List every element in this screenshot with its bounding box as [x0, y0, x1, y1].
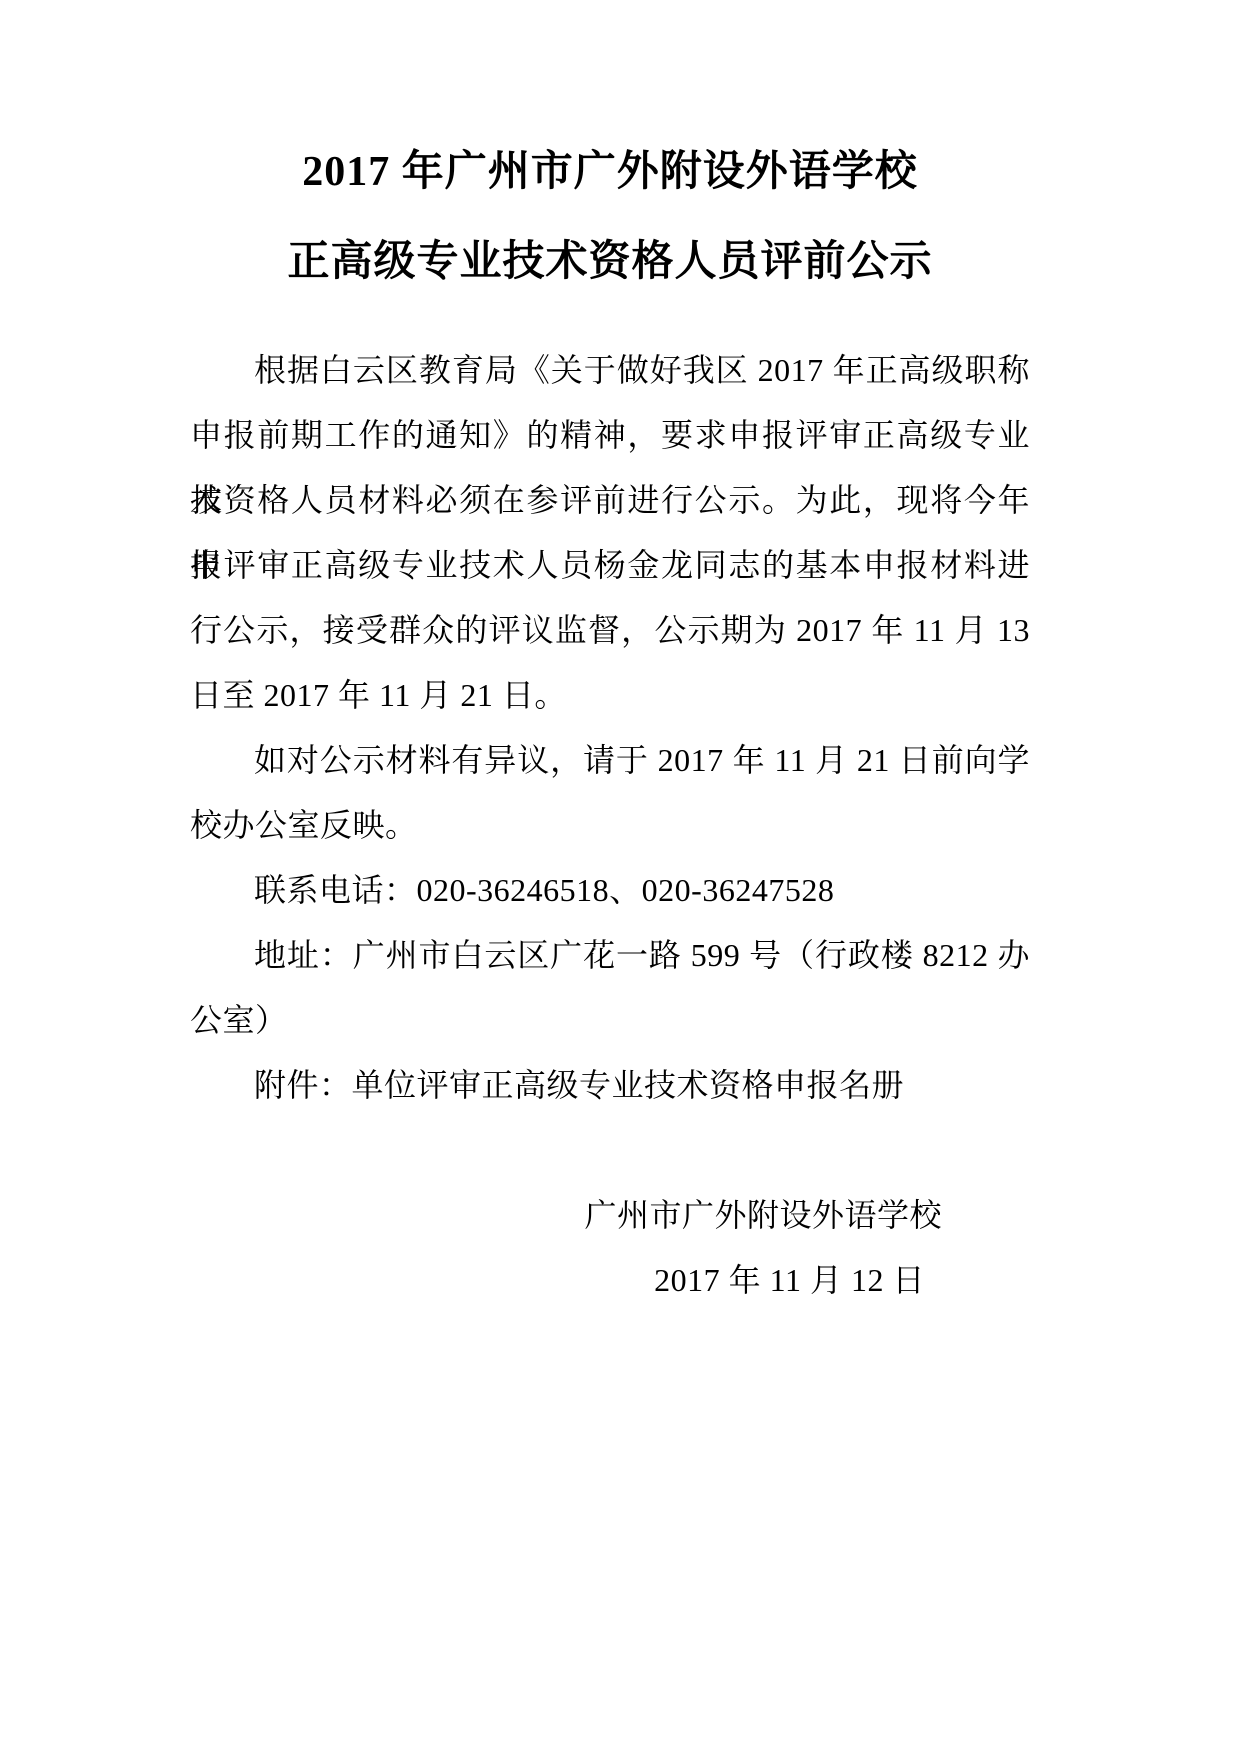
- document-page: 2017 年广州市广外附设外语学校 正高级专业技术资格人员评前公示 根据白云区教…: [0, 0, 1240, 1753]
- signature-date: 2017 年 11 月 12 日: [190, 1248, 1030, 1313]
- signature-organization: 广州市广外附设外语学校: [190, 1183, 1030, 1248]
- body-line-7: 如对公示材料有异议，请于 2017 年 11 月 21 日前向学: [190, 728, 1030, 793]
- body-line-address-cont: 公室）: [190, 988, 1030, 1053]
- body-line-2: 申报前期工作的通知》的精神，要求申报评审正高级专业技: [190, 403, 1030, 468]
- body-line-5: 行公示，接受群众的评议监督，公示期为 2017 年 11 月 13: [190, 598, 1030, 663]
- body-line-8: 校办公室反映。: [190, 793, 1030, 858]
- document-body: 根据白云区教育局《关于做好我区 2017 年正高级职称 申报前期工作的通知》的精…: [190, 338, 1030, 1118]
- signature-block: 广州市广外附设外语学校 2017 年 11 月 12 日: [190, 1183, 1030, 1313]
- body-line-4: 报评审正高级专业技术人员杨金龙同志的基本申报材料进: [190, 533, 1030, 598]
- body-line-attachment: 附件：单位评审正高级专业技术资格申报名册: [190, 1053, 1030, 1118]
- body-line-6: 日至 2017 年 11 月 21 日。: [190, 663, 1030, 728]
- document-title-line2: 正高级专业技术资格人员评前公示: [190, 236, 1030, 288]
- body-line-3: 术资格人员材料必须在参评前进行公示。为此，现将今年申: [190, 468, 1030, 533]
- body-line-contact-phone: 联系电话：020-36246518、020-36247528: [190, 858, 1030, 923]
- body-line-1: 根据白云区教育局《关于做好我区 2017 年正高级职称: [190, 338, 1030, 403]
- document-title-line1: 2017 年广州市广外附设外语学校: [190, 146, 1030, 198]
- body-line-address: 地址：广州市白云区广花一路 599 号（行政楼 8212 办: [190, 923, 1030, 988]
